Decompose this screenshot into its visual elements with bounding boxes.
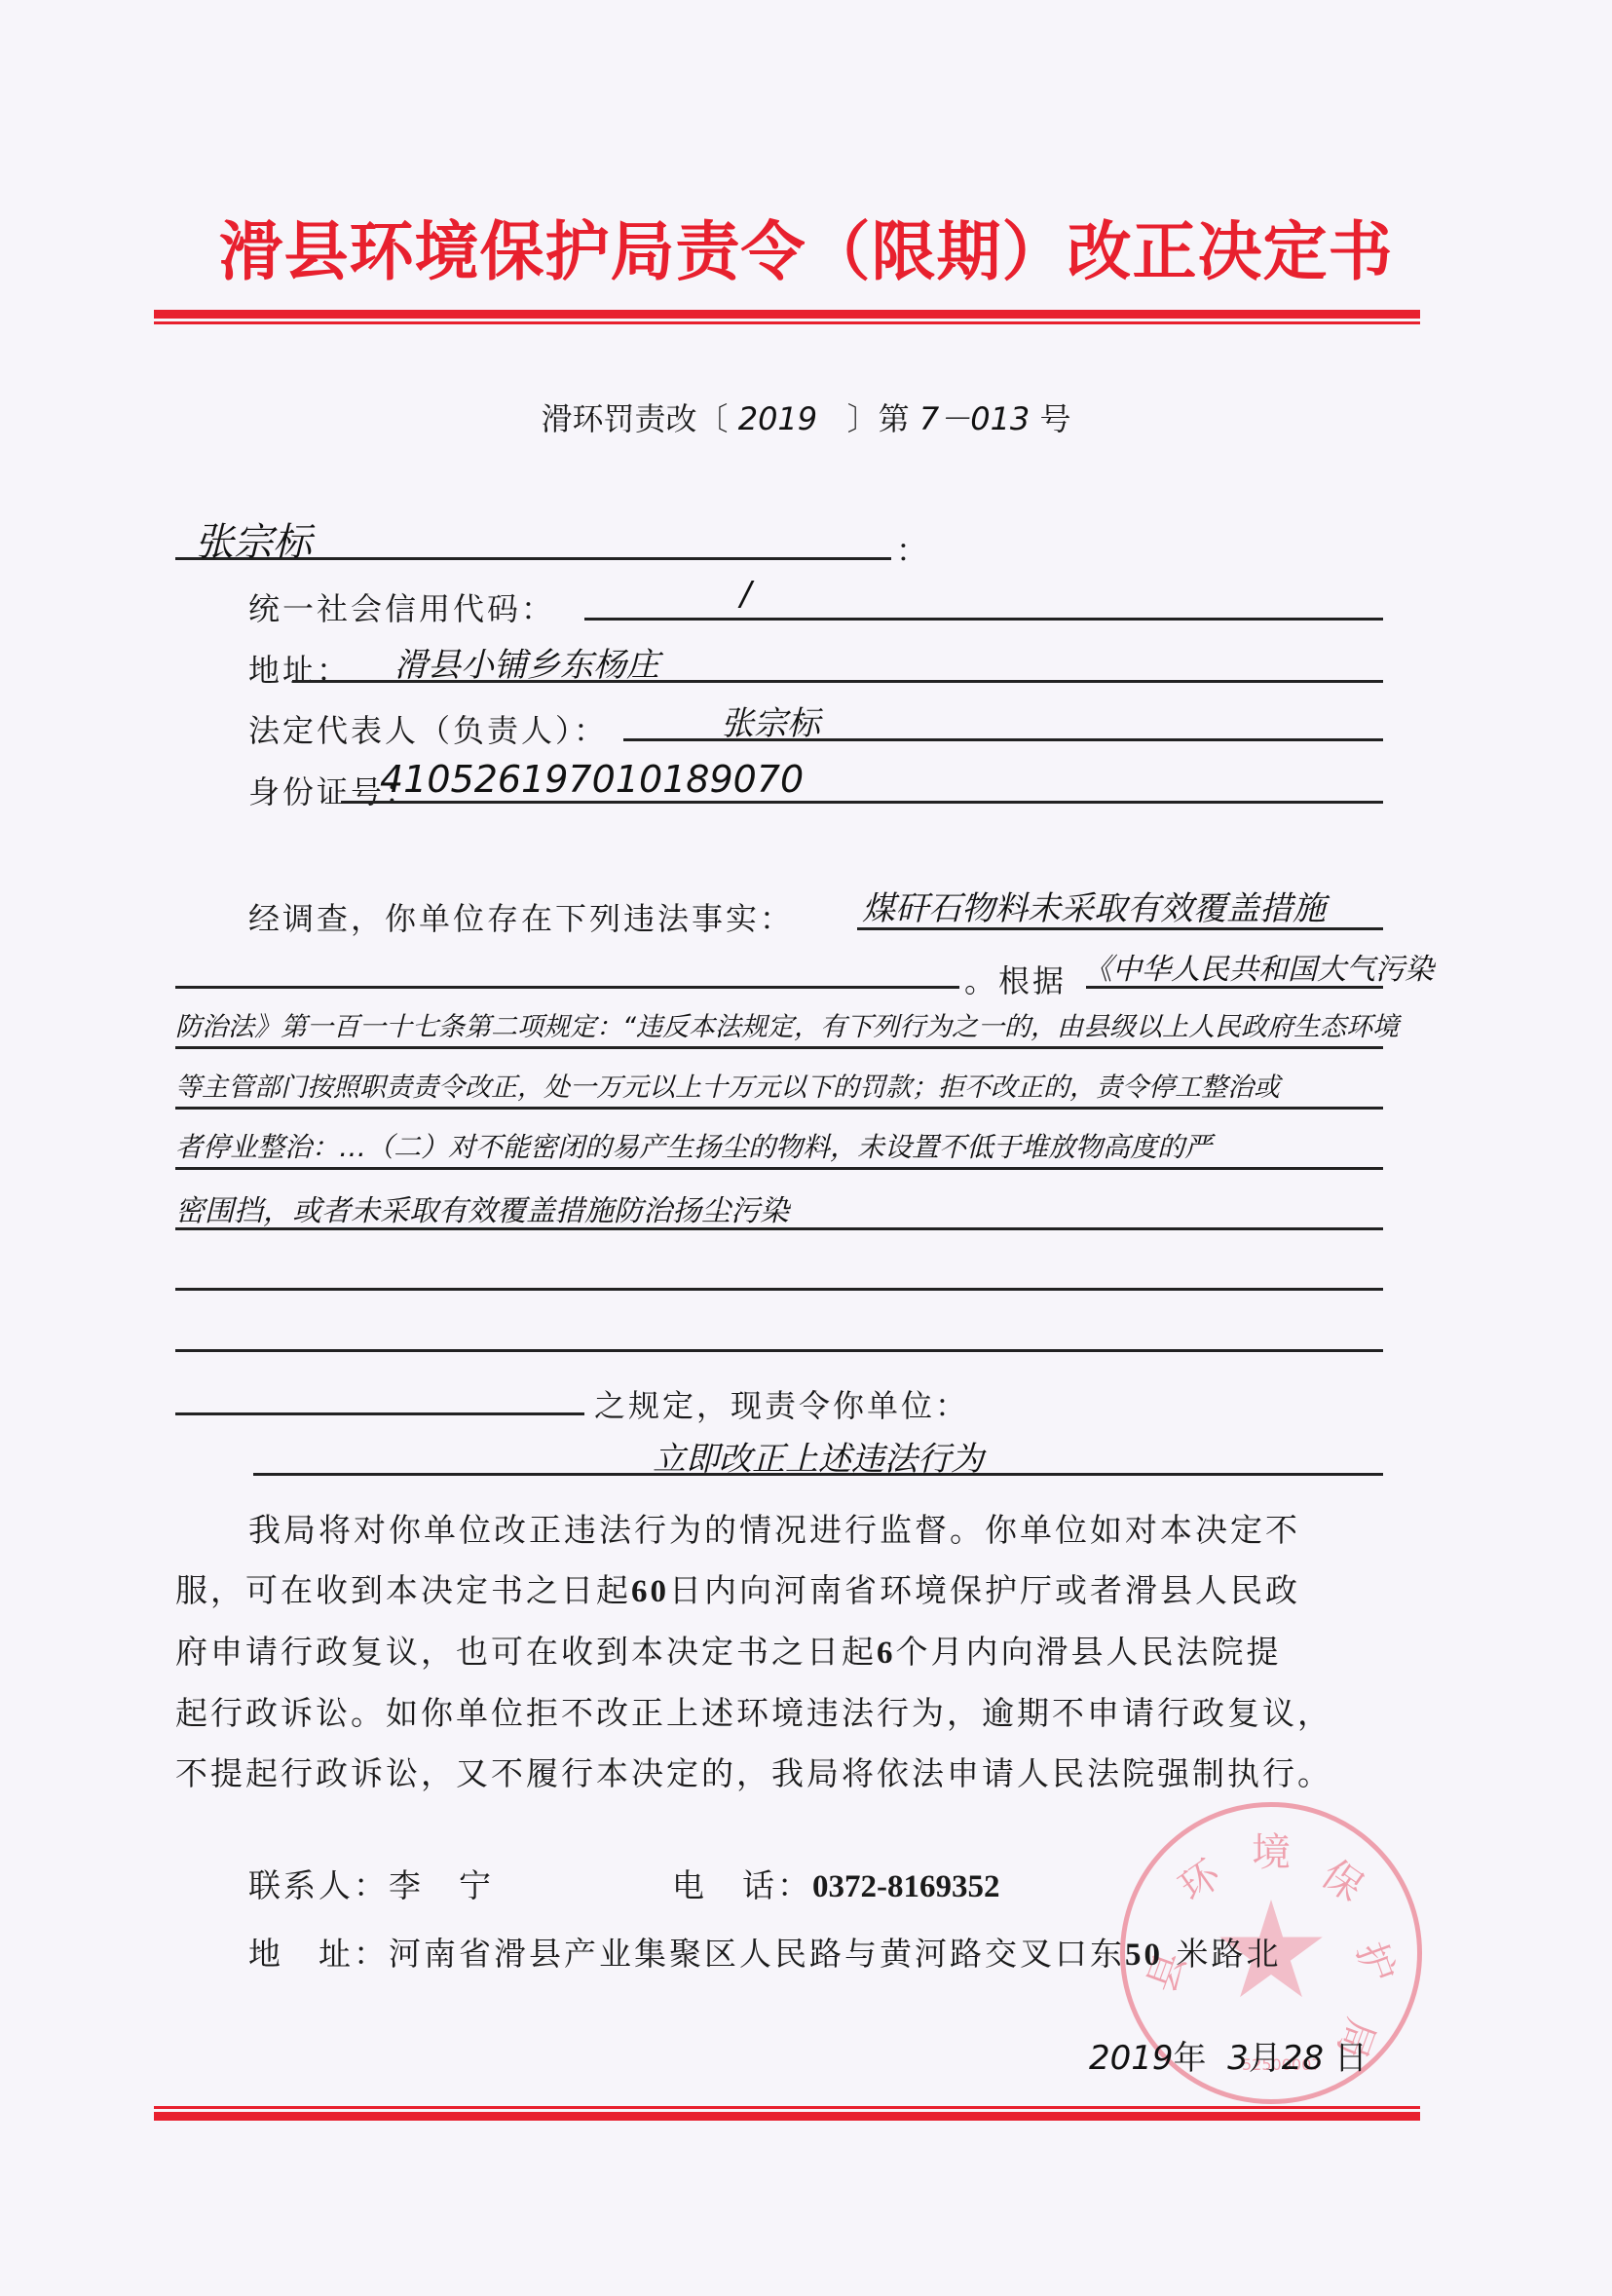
field-value-credit-code: / [740, 575, 751, 614]
field-label-address: 地址： [248, 646, 351, 691]
document-number: 滑环罚责改〔 2019 〕第 7－013 号 [0, 395, 1612, 439]
contact-address: 地 址：河南省滑县产业集聚区人民路与黄河路交叉口东50 米路北 [248, 1929, 1282, 1975]
basis-intro: 。根据 [964, 957, 1067, 1001]
notice-paragraph: 我局将对你单位改正违法行为的情况进行监督。你单位如对本决定不 服，可在收到本决定… [175, 1500, 1403, 1804]
order-value: 立即改正上述违法行为 [653, 1432, 984, 1480]
facts-value: 煤矸石物料未采取有效覆盖措施 [862, 882, 1326, 929]
order-intro: 之规定，现责令你单位： [594, 1381, 969, 1426]
basis-line-3: 者停业整治：…（二）对不能密闭的易产生扬尘的物料，未设置不低于堆放物高度的严 [175, 1126, 1212, 1165]
facts-intro: 经调查，你单位存在下列违法事实： [248, 894, 794, 939]
recipient-name: 张宗标 [195, 511, 312, 567]
basis-line-1: 防治法》第一百一十七条第二项规定：“违反本法规定，有下列行为之一的，由县级以上人… [175, 1005, 1399, 1043]
basis-line-0: 《中华人民共和国大气污染 [1083, 945, 1434, 988]
field-label-credit-code: 统一社会信用代码： [248, 584, 555, 629]
contact-phone: 电 话：0372-8169352 [672, 1861, 1000, 1906]
footer-red-rule [154, 2106, 1420, 2121]
header-red-rule [154, 310, 1420, 324]
doc-year: 2019 [738, 400, 817, 437]
document-date: 2019年 3月28 日 [1089, 2031, 1368, 2079]
doc-serial: 7－013 [919, 400, 1030, 437]
basis-line-2: 等主管部门按照职责责令改正，处一万元以上十万元以下的罚款；拒不改正的，责令停工整… [175, 1066, 1280, 1104]
document-title: 滑县环境保护局责令（限期）改正决定书 [0, 200, 1612, 292]
contact-person: 联系人：李 宁 [248, 1861, 494, 1906]
field-label-legal-rep: 法定代表人（负责人）： [248, 706, 608, 751]
field-value-legal-rep: 张宗标 [721, 696, 820, 744]
basis-line-4: 密围挡，或者未采取有效覆盖措施防治扬尘污染 [175, 1186, 789, 1229]
field-value-address: 滑县小铺乡东杨庄 [394, 638, 659, 686]
field-value-id-number: 410526197010189070 [380, 758, 804, 801]
